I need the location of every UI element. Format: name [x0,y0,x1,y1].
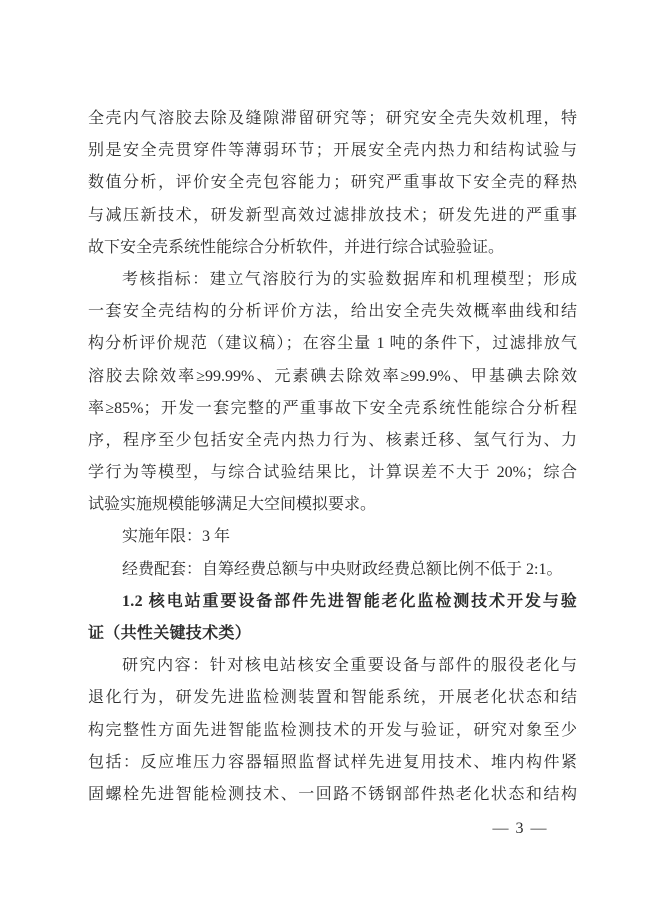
text-line: 学行为等模型，与综合试验结果比，计算误差不大于 20%；综合 [88,457,577,489]
text-line: 数值分析，评价安全壳包容能力；研究严重事故下安全壳的释热 [88,167,577,199]
text-line: 与减压新技术，研发新型高效过滤排放技术；研发先进的严重事 [88,200,577,232]
text-line: 构分析评价规范（建议稿）；在容尘量 1 吨的条件下，过滤排放气 [88,328,577,360]
section-heading-line-2: 证（共性关键技术类） [88,618,577,650]
text-line: 研究内容：针对核电站核安全重要设备与部件的服役老化与 [88,650,577,682]
text-line: 包括：反应堆压力容器辐照监督试样先进复用技术、堆内构件紧 [88,747,577,779]
text-line: 故下安全壳系统性能综合分析软件，并进行综合试验验证。 [88,232,577,264]
text-line: 一套安全壳结构的分析评价方法，给出安全壳失效概率曲线和结 [88,296,577,328]
text-line: 构完整性方面先进智能监检测技术的开发与验证，研究对象至少 [88,715,577,747]
implementation-period-line: 实施年限：3 年 [88,521,577,553]
text-line: 试验实施规模能够满足大空间模拟要求。 [88,489,577,521]
document-page: 全壳内气溶胶去除及缝隙滞留研究等；研究安全壳失效机理，特 别是安全壳贯穿件等薄弱… [0,0,650,919]
section-heading-line-1: 1.2 核电站重要设备部件先进智能老化监检测技术开发与验 [88,586,577,618]
text-line: 固螺栓先进智能检测技术、一回路不锈钢部件热老化状态和结构 [88,779,577,811]
funding-ratio-line: 经费配套：自筹经费总额与中央财政经费总额比例不低于 2:1。 [88,554,577,586]
page-number: — 3 — [493,820,549,838]
text-line: 序，程序至少包括安全壳内热力行为、核素迁移、氢气行为、力 [88,425,577,457]
text-block: 全壳内气溶胶去除及缝隙滞留研究等；研究安全壳失效机理，特 别是安全壳贯穿件等薄弱… [88,103,577,811]
text-line: 率≥85%；开发一套完整的严重事故下安全壳系统性能综合分析程 [88,393,577,425]
text-line: 别是安全壳贯穿件等薄弱环节；开展安全壳内热力和结构试验与 [88,135,577,167]
text-line: 全壳内气溶胶去除及缝隙滞留研究等；研究安全壳失效机理，特 [88,103,577,135]
text-line: 溶胶去除效率≥99.99%、元素碘去除效率≥99.9%、甲基碘去除效 [88,361,577,393]
text-line: 考核指标：建立气溶胶行为的实验数据库和机理模型；形成 [88,264,577,296]
text-line: 退化行为，研发先进监检测装置和智能系统，开展老化状态和结 [88,682,577,714]
